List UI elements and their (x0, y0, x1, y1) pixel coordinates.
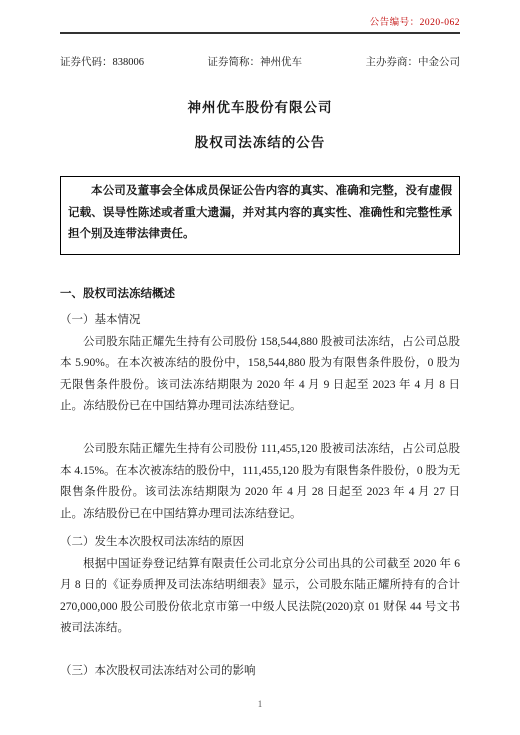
freeze-reason-paragraph: 根据中国证券登记结算有限责任公司北京分公司出具的公司截至 2020 年 6 月 … (60, 554, 460, 640)
header-rule (60, 32, 460, 34)
stock-code: 证券代码：838006 (60, 54, 144, 69)
stock-short-name-value: 神州优车 (260, 57, 302, 68)
sponsor-broker-value: 中金公司 (418, 57, 460, 68)
securities-header-row: 证券代码：838006 证券简称：神州优车 主办券商：中金公司 (60, 54, 460, 69)
section-1-heading: 一、股权司法冻结概述 (60, 284, 460, 306)
page-number: 1 (0, 699, 520, 709)
section-1-2-heading: （二）发生本次股权司法冻结的原因 (60, 532, 460, 554)
basic-situation-paragraph-1: 公司股东陆正耀先生持有公司股份 158,544,880 股被司法冻结，占公司总股… (60, 332, 460, 418)
stock-short-name: 证券简称：神州优车 (208, 54, 303, 69)
section-1-3-heading: （三）本次股权司法冻结对公司的影响 (60, 661, 460, 683)
announcement-number: 公告编号：2020-062 (60, 14, 460, 28)
sponsor-broker: 主办券商：中金公司 (366, 54, 461, 69)
sponsor-broker-label: 主办券商： (366, 57, 419, 68)
stock-code-value: 838006 (113, 57, 145, 68)
company-name-title: 神州优车股份有限公司 (60, 96, 460, 116)
announcement-document-page: 公告编号：2020-062 证券代码：838006 证券简称：神州优车 主办券商… (0, 0, 520, 735)
section-1-1-heading: （一）基本情况 (60, 310, 460, 332)
stock-code-label: 证券代码： (60, 57, 113, 68)
announcement-subject-title: 股权司法冻结的公告 (60, 131, 460, 151)
basic-situation-paragraph-2: 公司股东陆正耀先生持有公司股份 111,455,120 股被司法冻结，占公司总股… (60, 439, 460, 525)
stock-short-name-label: 证券简称： (208, 57, 261, 68)
board-disclaimer-box: 本公司及董事会全体成员保证公告内容的真实、准确和完整，没有虚假记载、误导性陈述或… (60, 176, 460, 255)
